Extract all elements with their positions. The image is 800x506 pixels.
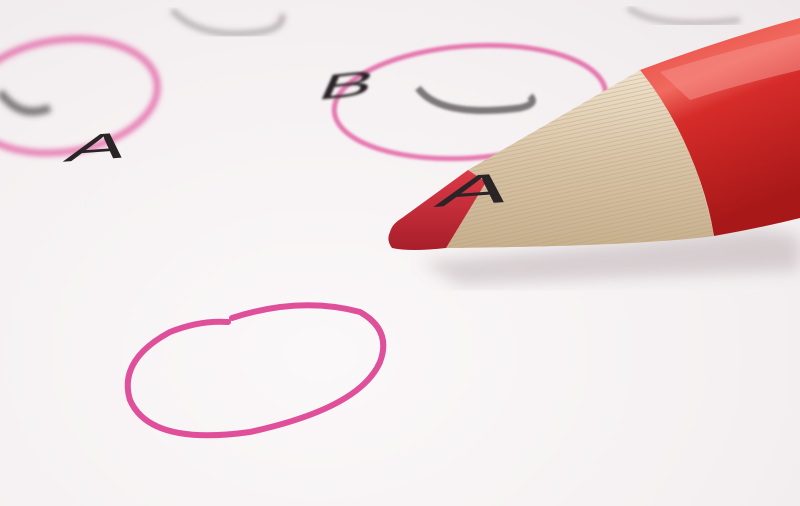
pink-circle xyxy=(128,305,384,435)
answer-sheet-photo: B A B A B xyxy=(0,0,800,506)
scene-graphic: B A B A B xyxy=(0,0,800,506)
mark-a-left-edge: A xyxy=(59,123,140,169)
svg-text:B: B xyxy=(312,63,383,108)
svg-text:A: A xyxy=(59,123,140,169)
mark-b-upper-left: B xyxy=(312,63,383,108)
mark-d-top-right xyxy=(628,8,740,23)
mark-c-top-center xyxy=(172,10,282,34)
red-pencil xyxy=(388,18,800,250)
circled-a-lower-left: A xyxy=(128,163,523,436)
